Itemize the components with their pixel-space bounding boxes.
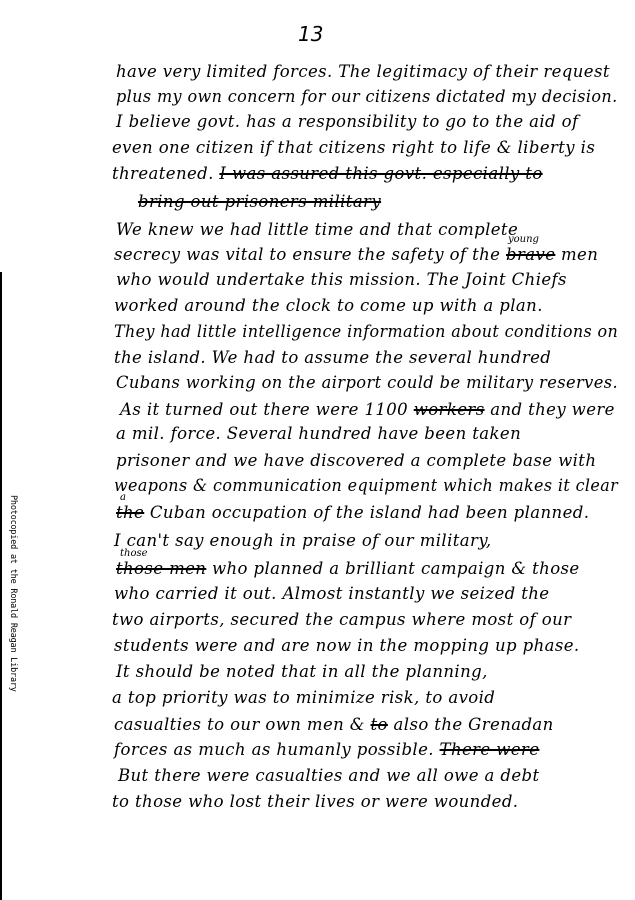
struck-text: those men <box>116 559 206 578</box>
struck-text: to <box>371 715 388 734</box>
line-text: students were and are now in the mopping… <box>114 636 580 655</box>
library-photocopy-stamp: Photocopied at the Ronald Reagan Library <box>6 495 20 625</box>
page-number: 13 <box>298 22 323 46</box>
handwritten-line: students were and are now in the mopping… <box>114 636 580 656</box>
handwritten-line: plus my own concern for our citizens dic… <box>116 87 618 107</box>
line-text: weapons & communication equipment which … <box>114 476 618 495</box>
handwritten-line: weapons & communication equipment which … <box>114 476 618 496</box>
handwritten-line: casualties to our own men & to also the … <box>114 715 554 735</box>
handwritten-line: They had little intelligence information… <box>114 322 618 342</box>
handwritten-line: the Cuban occupation of the island had b… <box>116 503 589 523</box>
interlinear-insertion: a <box>120 492 126 503</box>
handwritten-line: who carried it out. Almost instantly we … <box>114 584 549 604</box>
line-text: have very limited forces. The legitimacy… <box>116 62 610 81</box>
line-text: plus my own concern for our citizens dic… <box>116 87 618 106</box>
line-text: also the Grenadan <box>388 715 554 734</box>
handwritten-line: even one citizen if that citizens right … <box>112 138 595 158</box>
struck-text: There were <box>440 740 540 759</box>
handwritten-line: those men who planned a brilliant campai… <box>116 559 580 579</box>
line-text: the island. We had to assume the several… <box>114 348 551 367</box>
line-text: two airports, secured the campus where m… <box>112 610 571 629</box>
handwritten-line: who would undertake this mission. The Jo… <box>116 270 567 290</box>
line-text: They had little intelligence information… <box>114 322 618 341</box>
line-text: who would undertake this mission. The Jo… <box>116 270 567 289</box>
handwritten-line: It should be noted that in all the plann… <box>116 662 488 682</box>
line-text: who planned a brilliant campaign & those <box>206 559 579 578</box>
struck-text: bring out prisoners military <box>138 192 381 211</box>
handwritten-line: worked around the clock to come up with … <box>114 296 543 316</box>
line-text: It should be noted that in all the plann… <box>116 662 488 681</box>
line-text: worked around the clock to come up with … <box>114 296 543 315</box>
handwritten-line: bring out prisoners military <box>138 192 381 212</box>
handwritten-line: threatened. I was assured this govt. esp… <box>112 164 543 184</box>
line-text: I believe govt. has a responsibility to … <box>116 112 579 131</box>
handwritten-line: Cubans working on the airport could be m… <box>116 373 618 393</box>
line-text: casualties to our own men & <box>114 715 371 734</box>
handwritten-line: a mil. force. Several hundred have been … <box>116 424 521 444</box>
handwritten-line: the island. We had to assume the several… <box>114 348 551 368</box>
handwritten-line: I believe govt. has a responsibility to … <box>116 112 579 132</box>
struck-text: workers <box>414 400 485 419</box>
line-text: prisoner and we have discovered a comple… <box>116 451 596 470</box>
scanned-manuscript-page: Photocopied at the Ronald Reagan Library… <box>0 0 635 900</box>
interlinear-insertion: young <box>508 234 539 245</box>
line-text: Cubans working on the airport could be m… <box>116 373 618 392</box>
struck-text: brave <box>506 245 555 264</box>
handwritten-line: have very limited forces. The legitimacy… <box>116 62 610 82</box>
handwritten-line: But there were casualties and we all owe… <box>118 766 540 786</box>
line-text: a mil. force. Several hundred have been … <box>116 424 521 443</box>
handwritten-line: prisoner and we have discovered a comple… <box>116 451 596 471</box>
line-text: men <box>555 245 598 264</box>
line-text: Cuban occupation of the island had been … <box>144 503 589 522</box>
line-text: even one citizen if that citizens right … <box>112 138 595 157</box>
line-text: a top priority was to minimize risk, to … <box>112 688 495 707</box>
line-text: and they were <box>485 400 615 419</box>
handwritten-line: to those who lost their lives or were wo… <box>112 792 518 812</box>
handwritten-line: As it turned out there were 1100 workers… <box>120 400 615 420</box>
struck-text: I was assured this govt. especially to <box>219 164 542 183</box>
handwritten-line: I can't say enough in praise of our mili… <box>114 531 492 551</box>
line-text: As it turned out there were 1100 <box>120 400 414 419</box>
line-text: secrecy was vital to ensure the safety o… <box>114 245 506 264</box>
line-text: who carried it out. Almost instantly we … <box>114 584 549 603</box>
interlinear-insertion: those <box>120 548 148 559</box>
line-text: I can't say enough in praise of our mili… <box>114 531 492 550</box>
handwritten-line: secrecy was vital to ensure the safety o… <box>114 245 598 265</box>
line-text: threatened. <box>112 164 219 183</box>
handwritten-line: forces as much as humanly possible. Ther… <box>114 740 539 760</box>
handwritten-line: a top priority was to minimize risk, to … <box>112 688 495 708</box>
line-text: But there were casualties and we all owe… <box>118 766 540 785</box>
line-text: forces as much as humanly possible. <box>114 740 440 759</box>
line-text: to those who lost their lives or were wo… <box>112 792 518 811</box>
handwritten-line: two airports, secured the campus where m… <box>112 610 571 630</box>
handwritten-line: We knew we had little time and that comp… <box>116 220 518 240</box>
line-text: We knew we had little time and that comp… <box>116 220 518 239</box>
scan-edge-rule <box>0 272 2 900</box>
struck-text: the <box>116 503 144 522</box>
